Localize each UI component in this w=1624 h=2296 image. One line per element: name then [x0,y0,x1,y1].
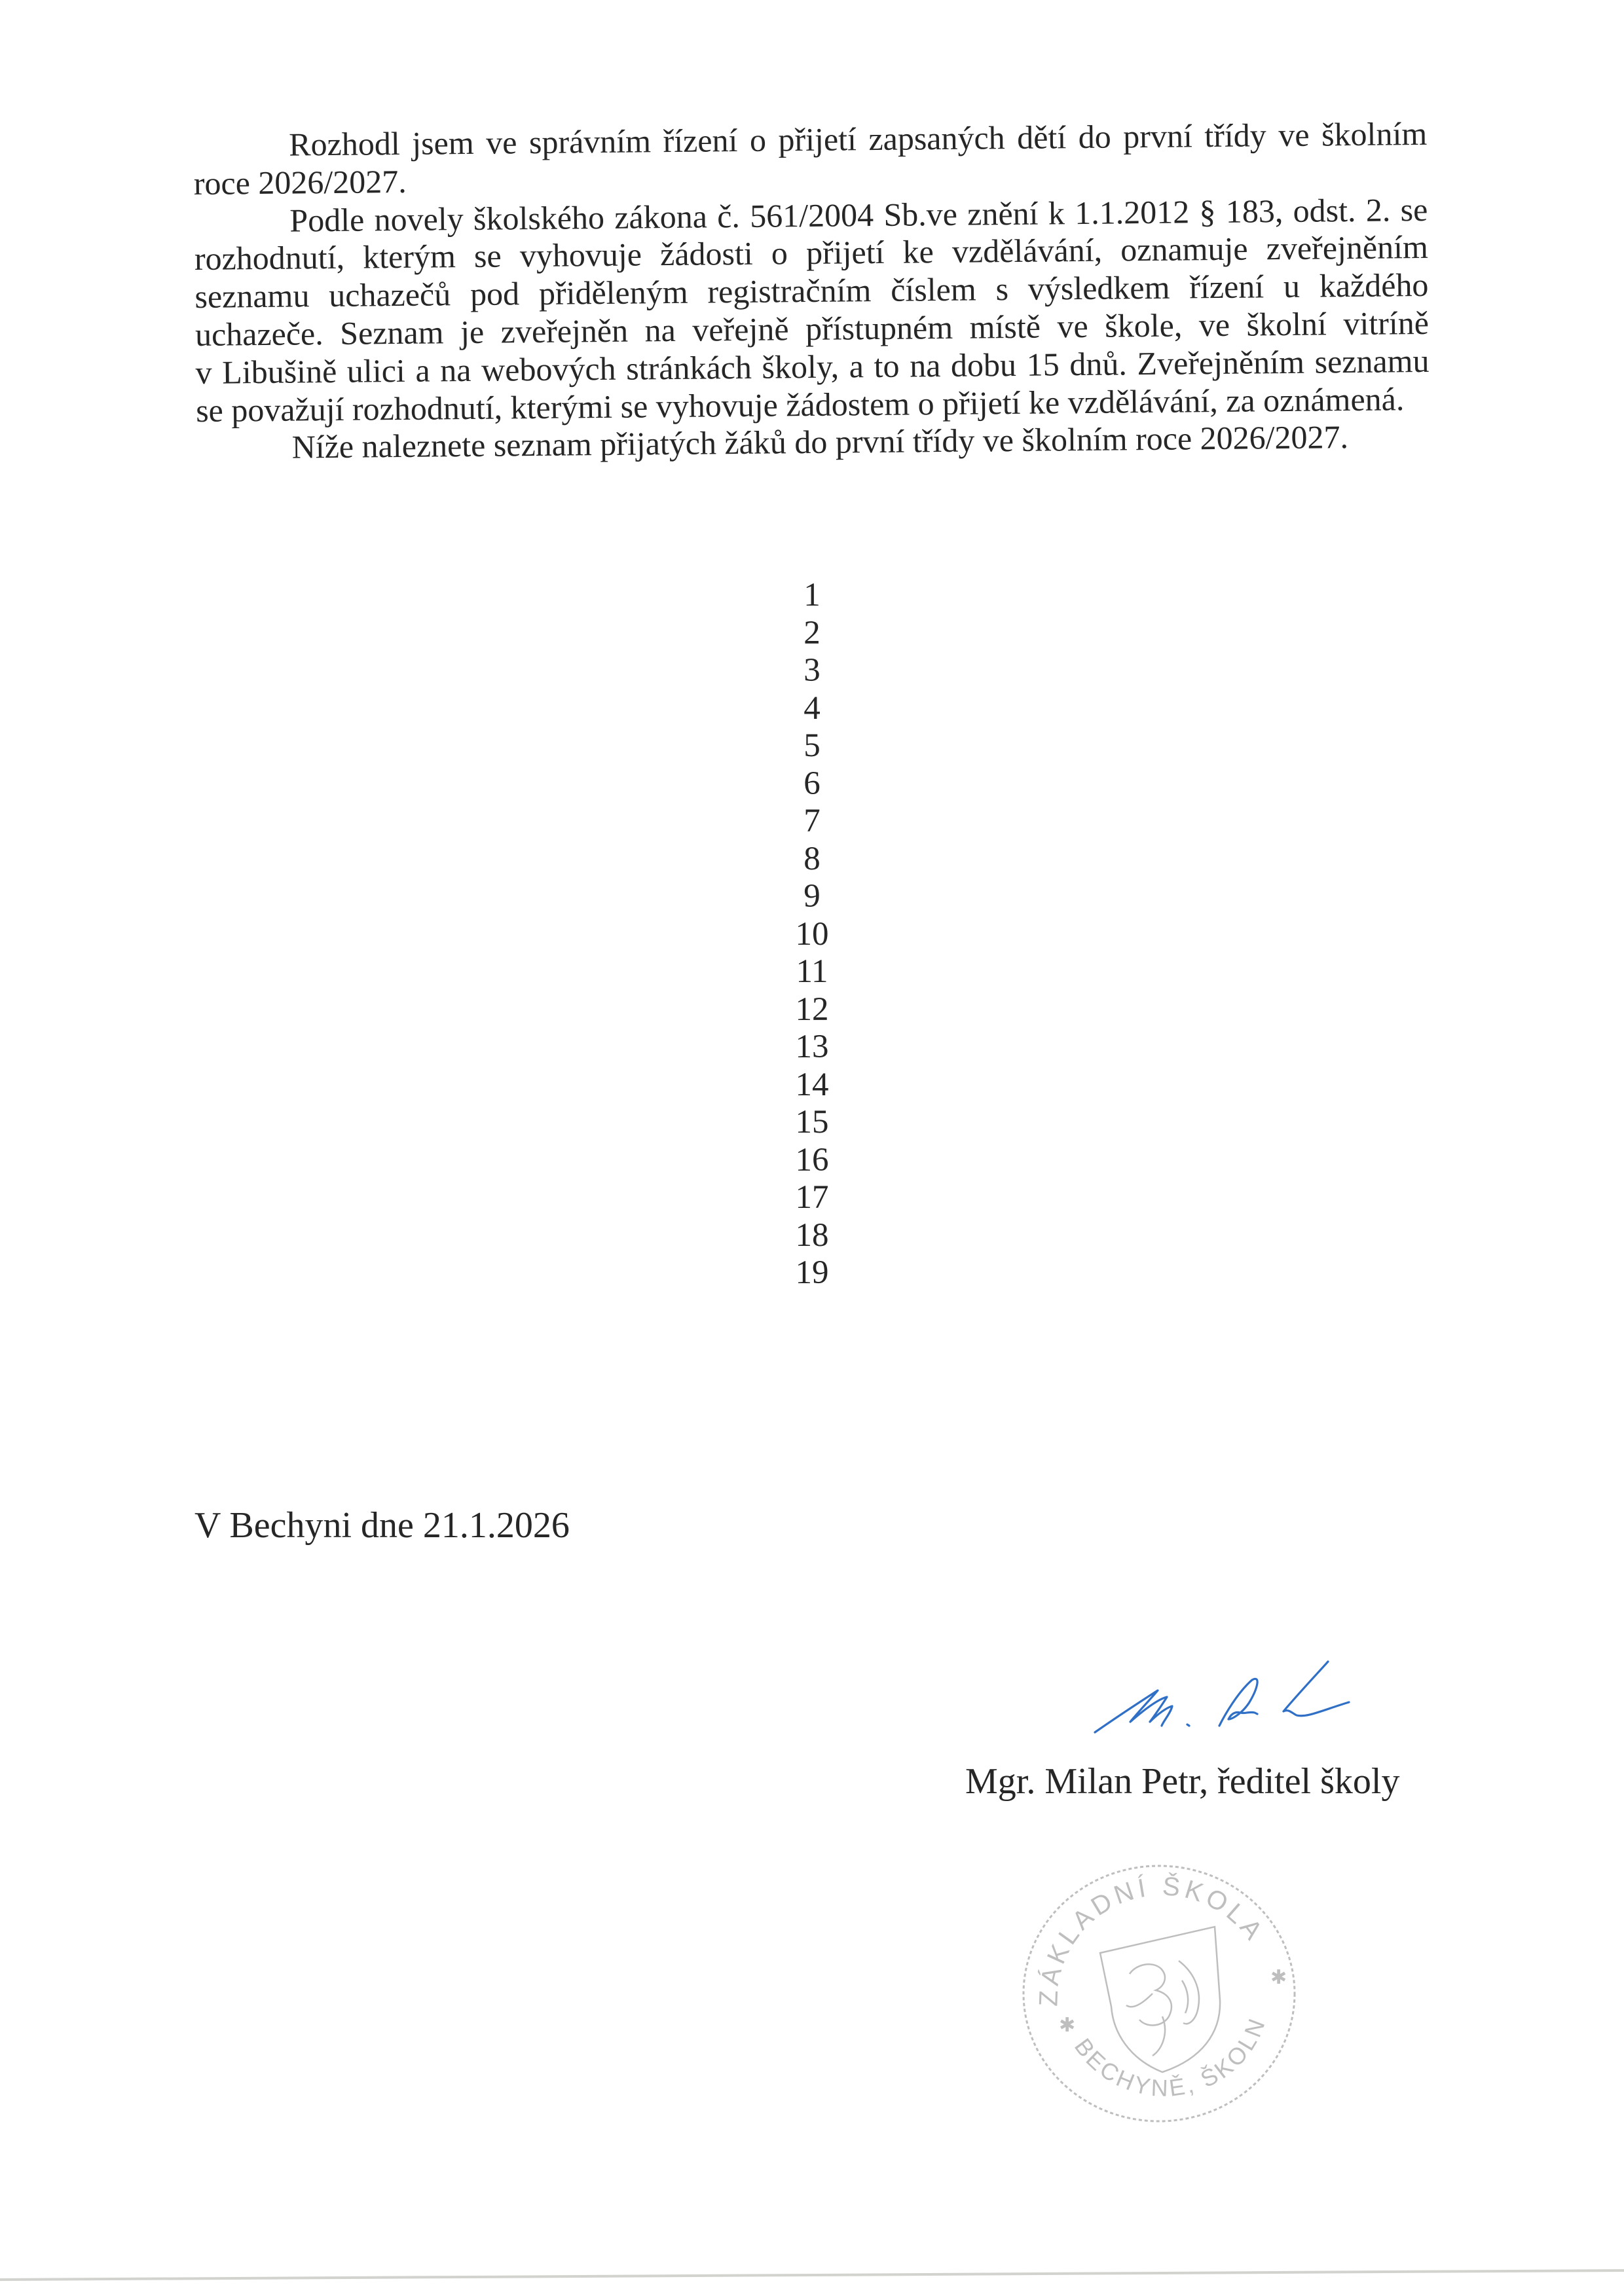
registration-number-item: 1 [747,577,877,615]
registration-number-item: 15 [747,1104,877,1142]
registration-number-item: 8 [747,841,877,879]
registration-number-item: 17 [747,1179,877,1217]
registration-number-item: 18 [747,1217,877,1255]
registration-number-item: 7 [747,803,877,841]
registration-number-item: 19 [747,1254,877,1292]
scanned-document-page: Rozhodl jsem ve správním řízení o přijet… [0,0,1624,2296]
registration-number-item: 16 [747,1142,877,1180]
registration-number-item: 2 [747,615,877,653]
registration-number-item: 9 [747,878,877,916]
scan-edge-line [0,2265,1624,2285]
registration-number-item: 13 [747,1029,877,1066]
registration-number-item: 3 [747,652,877,690]
star-icon: ✱ [1270,1966,1287,1989]
stamp-top-text: ZÁKLADNÍ ŠKOLA [1034,1871,1270,2007]
handwritten-signature [1080,1656,1375,1755]
signatory-name: Mgr. Milan Petr, ředitel školy [965,1760,1399,1803]
star-icon: ✱ [1059,2014,1075,2037]
coat-of-arms-icon [1100,1927,1220,2072]
place-and-date: V Bechyni dne 21.1.2026 [194,1504,570,1547]
registration-number-item: 12 [747,991,877,1029]
registration-number-item: 11 [747,953,877,991]
registration-number-item: 10 [747,916,877,954]
registration-number-item: 6 [747,765,877,803]
registration-number-item: 4 [747,690,877,728]
svg-text:ZÁKLADNÍ ŠKOLA: ZÁKLADNÍ ŠKOLA [1034,1871,1270,2007]
accepted-registration-numbers-list: 12345678910111213141516171819 [747,577,877,1292]
registration-number-item: 5 [747,727,877,765]
school-stamp: ZÁKLADNÍ ŠKOLA BECHYNĚ, ŠKOLNÍ 293 ✱ ✱ [1012,1856,1306,2131]
registration-number-item: 14 [747,1066,877,1104]
decision-paragraph: Rozhodl jsem ve správním řízení o přijet… [193,115,1430,467]
